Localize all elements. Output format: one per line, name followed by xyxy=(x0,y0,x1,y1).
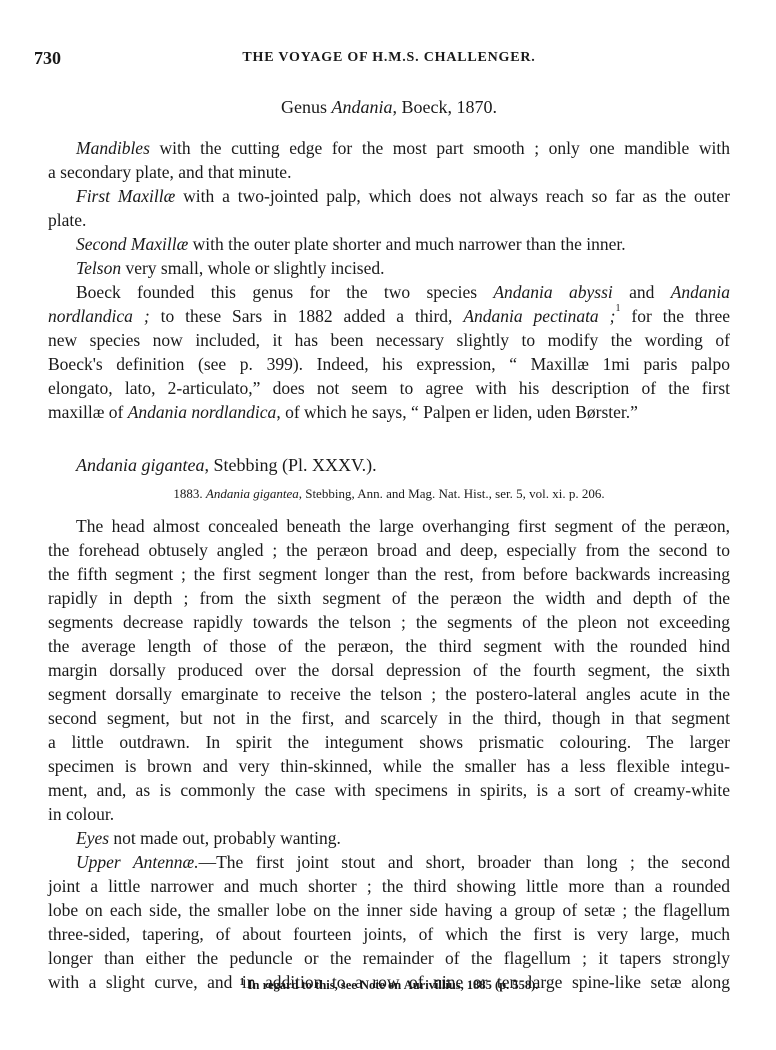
text-line: the fifth segment ; the first segment lo… xyxy=(48,562,730,586)
text-line: The head almost concealed beneath the la… xyxy=(48,514,730,538)
text-line: longer than either the peduncle or the r… xyxy=(48,946,730,970)
text-line: rapidly in depth ; from the sixth segmen… xyxy=(48,586,730,610)
text-line: segment dorsally emarginate to receive t… xyxy=(48,682,730,706)
text-line: the average length of those of the peræo… xyxy=(48,634,730,658)
text-line: Eyes not made out, probably wanting. xyxy=(48,826,730,850)
text-line: joint a little narrower and much shorter… xyxy=(48,874,730,898)
synonymy-reference: 1883. Andania gigantea, Stebbing, Ann. a… xyxy=(48,486,730,502)
text-line: lobe on each side, the smaller lobe on t… xyxy=(48,898,730,922)
text-line: second segment, but not in the first, an… xyxy=(48,706,730,730)
text-line: specimen is brown and very thin-skinned,… xyxy=(48,754,730,778)
text-line: ment, and, as is commonly the case with … xyxy=(48,778,730,802)
text-line: Boeck founded this genus for the two spe… xyxy=(48,280,730,304)
text-line: a secondary plate, and that minute. xyxy=(48,160,730,184)
text-line: Second Maxillæ with the outer plate shor… xyxy=(48,232,730,256)
running-title: THE VOYAGE OF H.M.S. CHALLENGER. xyxy=(48,50,730,66)
text-line: maxillæ of Andania nordlandica, of which… xyxy=(48,400,730,424)
text-line: in colour. xyxy=(48,802,730,826)
genus-heading: Genus Andania, Boeck, 1870. xyxy=(48,97,730,118)
footnote: 1 In regard to this, see Note on Aurivil… xyxy=(48,978,730,993)
text-line: nordlandica ; to these Sars in 1882 adde… xyxy=(48,304,730,328)
text-line: Boeck's definition (see p. 399). Indeed,… xyxy=(48,352,730,376)
text-line: elongato, lato, 2-articulato,” does not … xyxy=(48,376,730,400)
text-line: First Maxillæ with a two-jointed palp, w… xyxy=(48,184,730,208)
text-line: Mandibles with the cutting edge for the … xyxy=(48,136,730,160)
text-line: margin dorsally produced over the dorsal… xyxy=(48,658,730,682)
species-name: Andania gigantea xyxy=(76,455,205,475)
text-line: a little outdrawn. In spirit the integum… xyxy=(48,730,730,754)
text-line: three-sided, tapering, of about fourteen… xyxy=(48,922,730,946)
species-heading: Andania gigantea, Stebbing (Pl. XXXV.). xyxy=(76,455,377,476)
running-header: 730 THE VOYAGE OF H.M.S. CHALLENGER. xyxy=(48,48,730,68)
text-line: plate. xyxy=(48,208,730,232)
genus-name: Andania xyxy=(332,97,393,117)
text-line: the forehead obtusely angled ; the peræo… xyxy=(48,538,730,562)
text-line: Upper Antennæ.—The first joint stout and… xyxy=(48,850,730,874)
text-line: segments decrease rapidly towards the te… xyxy=(48,610,730,634)
text-line: Telson very small, whole or slightly inc… xyxy=(48,256,730,280)
text-line: new species now included, it has been ne… xyxy=(48,328,730,352)
